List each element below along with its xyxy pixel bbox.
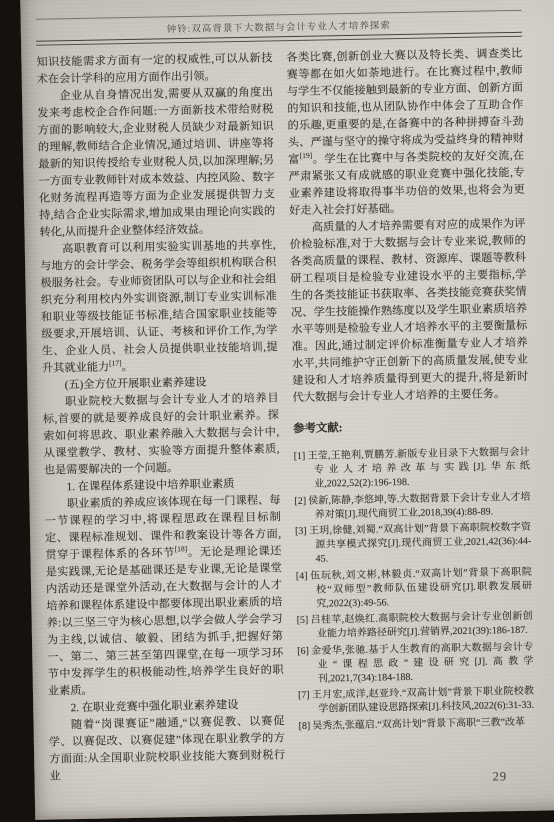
reference-item: [1]王莹,王艳利,贾鹏芳.新版专业目录下大数据与会计专业人才培养改革与实践[J… <box>294 446 531 493</box>
paragraph: 职业院校大数据与会计专业人才的培养目标,首要的就是要养成良好的会计职业素养。探索… <box>42 390 280 479</box>
reference-label: [2] <box>294 495 306 506</box>
reference-label: [3] <box>295 526 307 537</box>
citation-mark: [19] <box>300 151 313 160</box>
right-column: 各类比赛,创新创业大赛以及特长类、调查类比赛等都在如火如荼地进行。在比赛过程中,… <box>286 46 535 781</box>
paragraph-text: 。无论是理论课还是实践课,无论是基础课还是专业课,无论是课堂内活动还是课堂外活动… <box>46 545 284 697</box>
reference-item: [6]金爱华,张驰.基于人生教育的高职大数据与会计专业“课程思政”建设研究[J]… <box>297 640 534 687</box>
reference-item: [4]伍玩秋,刘文彬,林毅贞.“双高计划”背景下高职院校“双师型”教师队伍建设研… <box>296 565 533 612</box>
paragraph-text: 高职教育可以利用实验实训基地的共享性,与地方的会计学会、税务学会等组织机构联合积… <box>40 239 278 374</box>
reference-item: [7]王月宏,成洋,赵亚玲.“双高计划”背景下职业院校教学创新团队建设思路探索[… <box>298 685 534 718</box>
reference-text: 吴秀杰,张蕴启.“双高计划”背景下高职“三教”改革 <box>312 717 525 732</box>
paragraph: 随着“岗课赛证”融通,“以赛促教、以赛促学、以赛促改、以赛促建”体现在职业教学的… <box>48 713 285 785</box>
reference-label: [1] <box>294 451 306 462</box>
reference-text: 吕桂苹,赵焕红.高职院校大数据与会计专业创新创业能力培养路径研究[J].营销界,… <box>310 611 532 640</box>
references-list: [1]王莹,王艳利,贾鹏芳.新版专业目录下大数据与会计专业人才培养改革与实践[J… <box>294 446 535 734</box>
references-title: 参考文献: <box>293 417 529 438</box>
reference-label: [6] <box>297 645 309 656</box>
reference-label: [5] <box>297 615 309 626</box>
reference-text: 伍玩秋,刘文彬,林毅贞.“双高计划”背景下高职院校“双师型”教师队伍建设研究[J… <box>309 566 532 609</box>
paragraph: 高质量的人才培养需要有对应的成果作为评价检验标准,对于大数据与会计专业来说,教师… <box>289 216 528 407</box>
paragraph: 各类比赛,创新创业大赛以及特长类、调查类比赛等都在如火如荼地进行。在比赛过程中,… <box>286 46 525 220</box>
paragraph: 知识技能需求方面有一定的权威性,可以从新技术在会计学科的应用方面作出引领。 <box>36 50 273 88</box>
reference-text: 王玥,徐健,刘蜀.“双高计划”背景下高职院校数字资源共享模式探究[J].现代商贸… <box>309 522 532 565</box>
reference-item: [8]吴秀杰,张蕴启.“双高计划”背景下高职“三教”改革 <box>298 715 534 734</box>
reference-text: 王月宏,成洋,赵亚玲.“双高计划”背景下职业院校教学创新团队建设思路探索[J].… <box>312 686 535 715</box>
paragraph: 企业从自身情况出发,需要从双赢的角度出发来考虑校企合作问题:一方面新技术带给财税… <box>37 84 276 241</box>
reference-label: [7] <box>298 690 310 701</box>
reference-item: [5]吕桂苹,赵焕红.高职院校大数据与会计专业创新创业能力培养路径研究[J].营… <box>297 610 533 643</box>
left-column: 知识技能需求方面有一定的权威性,可以从新技术在会计学科的应用方面作出引领。 企业… <box>36 50 285 785</box>
paragraph: 职业素质的养成应该体现在每一门课程、每一节课程的学习中,将课程思政在课程目标制定… <box>44 492 284 700</box>
two-column-body: 知识技能需求方面有一定的权威性,可以从新技术在会计学科的应用方面作出引领。 企业… <box>36 46 535 786</box>
paragraph: 高职教育可以利用实验实训基地的共享性,与地方的会计学会、税务学会等组织机构联合积… <box>40 237 278 377</box>
reference-label: [4] <box>296 570 308 581</box>
page-content: 钟铃:双高背景下大数据与会计专业人才培养探索 知识技能需求方面有一定的权威性,可… <box>35 0 536 786</box>
reference-text: 王莹,王艳利,贾鹏芳.新版专业目录下大数据与会计专业人才培养改革与实践[J].华… <box>307 447 530 490</box>
reference-label: [8] <box>299 720 311 731</box>
reference-item: [3]王玥,徐健,刘蜀.“双高计划”背景下高职院校数字资源共享模式探究[J].现… <box>295 521 532 568</box>
reference-item: [2]侯新,陈静,李悠坤,等.大数据背景下会计专业人才培养对策[J].现代商贸工… <box>294 490 530 523</box>
reference-text: 金爱华,张驰.基于人生教育的高职大数据与会计专业“课程思政”建设研究[J].高教… <box>311 641 534 684</box>
citation-mark: [17] <box>109 358 122 367</box>
paragraph-text: 。 <box>122 361 133 373</box>
citation-mark: [18] <box>175 544 188 553</box>
reference-text: 侯新,陈静,李悠坤,等.大数据背景下会计专业人才培养对策[J].现代商贸工业,2… <box>308 491 530 520</box>
page-number: 29 <box>492 769 507 784</box>
paragraph-text: 各类比赛,创新创业大赛以及特长类、调查类比赛等都在如火如荼地进行。在比赛过程中,… <box>286 48 524 166</box>
scan-page: 钟铃:双高背景下大数据与会计专业人才培养探索 知识技能需求方面有一定的权威性,可… <box>20 0 554 820</box>
paragraph-text: 。学生在比赛中与各类院校的友好交流,在严肃紧张又有成就感的职业竞赛中强化技能,专… <box>288 150 524 217</box>
